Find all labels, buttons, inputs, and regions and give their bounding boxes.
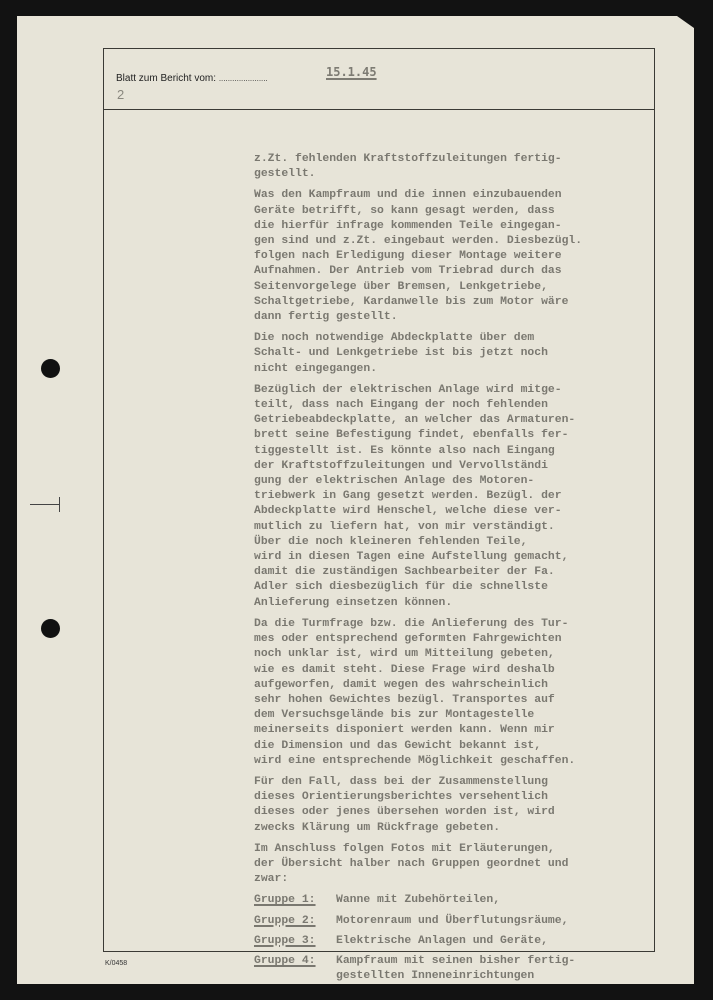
page-number: 2: [117, 87, 124, 102]
form-code: K/0458: [105, 960, 127, 967]
typed-body: z.Zt. fehlenden Kraftstoffzuleitungen fe…: [254, 152, 644, 989]
fold-mark-icon: [30, 504, 60, 505]
form-frame: Blatt zum Bericht vom: .................…: [103, 48, 655, 952]
paragraph: Bezüglich der elektrischen Anlage wird m…: [254, 383, 644, 611]
group-text: Kampfraum mit seinen bisher fertig- gest…: [336, 954, 575, 984]
fold-mark-icon: [59, 497, 60, 512]
document-page: Blatt zum Bericht vom: .................…: [17, 16, 694, 984]
form-header: Blatt zum Bericht vom: .................…: [104, 49, 654, 110]
group-text: Motorenraum und Überflutungsräume,: [336, 914, 568, 929]
group-item: Gruppe 3: Elektrische Anlagen und Geräte…: [254, 934, 644, 949]
group-label: Gruppe 1:: [254, 893, 336, 908]
group-item: Gruppe 2: Motorenraum und Überflutungsrä…: [254, 914, 644, 929]
group-text: Wanne mit Zubehörteilen,: [336, 893, 500, 908]
report-sheet-label: Blatt zum Bericht vom: .................…: [116, 73, 268, 84]
group-label: Gruppe 3:: [254, 934, 336, 949]
blatt-label-text: Blatt zum Bericht vom:: [116, 73, 216, 84]
paragraph: Im Anschluss folgen Fotos mit Erläuterun…: [254, 842, 644, 888]
paragraph: Da die Turmfrage bzw. die Anlieferung de…: [254, 617, 644, 769]
group-label: Gruppe 4:: [254, 954, 336, 984]
paragraph: Für den Fall, dass bei der Zusammenstell…: [254, 775, 644, 836]
group-label: Gruppe 2:: [254, 914, 336, 929]
paragraph: z.Zt. fehlenden Kraftstoffzuleitungen fe…: [254, 152, 644, 182]
report-date: 15.1.45: [326, 65, 377, 79]
paragraph: Die noch notwendige Abdeckplatte über de…: [254, 331, 644, 377]
blatt-dots: ......................: [219, 74, 268, 83]
paragraph: Was den Kampfraum und die innen einzubau…: [254, 188, 644, 325]
punch-hole-icon: [41, 619, 60, 638]
punch-hole-icon: [41, 359, 60, 378]
group-item: Gruppe 4: Kampfraum mit seinen bisher fe…: [254, 954, 644, 984]
group-item: Gruppe 1: Wanne mit Zubehörteilen,: [254, 893, 644, 908]
group-text: Elektrische Anlagen und Geräte,: [336, 934, 548, 949]
